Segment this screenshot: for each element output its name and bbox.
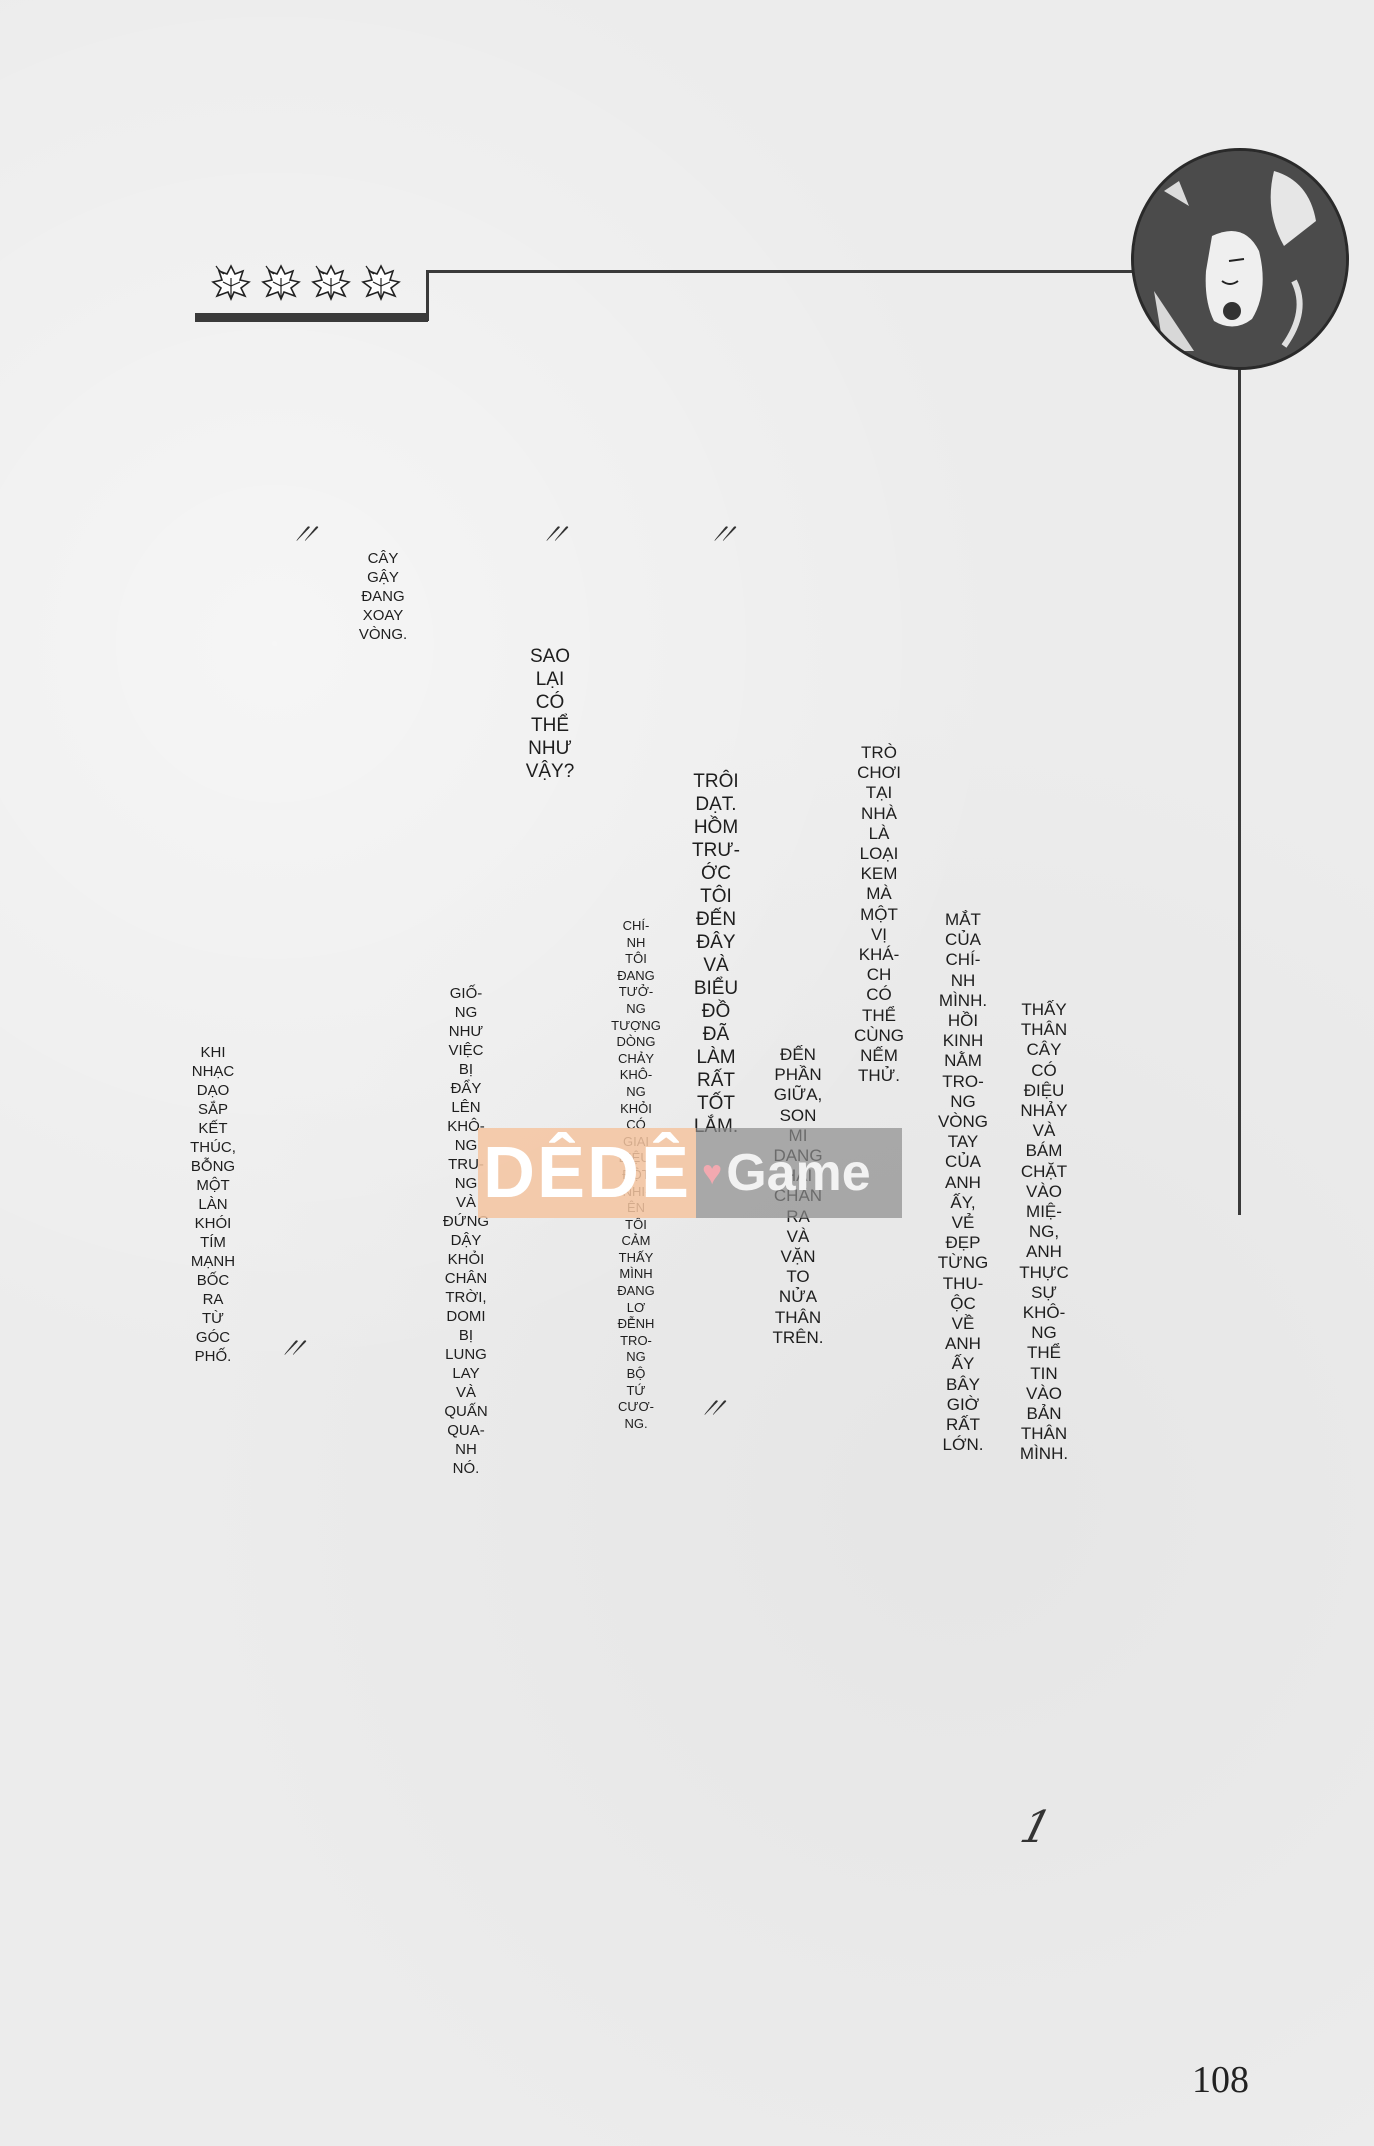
text-column: THẤY THÂN CÂY CÓ ĐIỆU NHẢY VÀ BÁM CHẶT V… — [1013, 1000, 1075, 1465]
text-column: MẮT CỦA CHÍ- NH MÌNH. HỒI KINH NẰM TRO- … — [932, 910, 994, 1455]
watermark-brand-left: DÊDÊ — [478, 1128, 696, 1218]
right-margin-rule — [1238, 360, 1241, 1215]
maple-leaf-icon — [210, 262, 252, 302]
watermark: DÊDÊ ♥ Game — [478, 1128, 902, 1218]
text-column: CÂY GẬY ĐANG XOAY VÒNG. — [352, 549, 414, 644]
header-step-rule — [426, 271, 429, 321]
quote-mark: 〃 — [534, 510, 576, 554]
maple-leaf-icon — [360, 262, 402, 302]
quote-mark: 〃 — [284, 510, 326, 554]
header-ornament — [210, 262, 402, 302]
watermark-brand-right: ♥ Game — [696, 1128, 902, 1218]
stroke-mark: 1 — [1015, 1802, 1057, 1853]
quote-mark: 〃 — [702, 510, 744, 554]
text-column: KHI NHẠC DẠO SẮP KẾT THÚC, BỖNG MỘT LÀN … — [182, 1043, 244, 1366]
text-column: GIỐ- NG NHƯ VIỆC BỊ ĐẨY LÊN KHÔ- NG TRU-… — [435, 984, 497, 1478]
header-thin-rule — [426, 270, 1136, 273]
watermark-game-text: Game — [726, 1143, 871, 1203]
quote-mark: 〃 — [272, 1324, 314, 1368]
header-thick-rule — [195, 313, 428, 322]
maple-leaf-icon — [310, 262, 352, 302]
text-column: TRÒ CHƠI TẠI NHÀ LÀ LOẠI KEM MÀ MỘT VỊ K… — [848, 743, 910, 1086]
text-column: TRÔI DẠT. HỒM TRƯ- ỚC TÔI ĐẾN ĐÂY VÀ BIỂ… — [684, 770, 748, 1138]
portrait-medallion — [1131, 148, 1349, 370]
page-number: 108 — [1192, 2058, 1249, 2102]
maple-leaf-icon — [260, 262, 302, 302]
portrait-illustration — [1134, 151, 1346, 367]
heart-icon: ♥ — [702, 1154, 722, 1193]
text-column: SAO LẠI CÓ THỂ NHƯ VẬY? — [515, 645, 585, 783]
quote-mark: 〃 — [692, 1384, 734, 1428]
